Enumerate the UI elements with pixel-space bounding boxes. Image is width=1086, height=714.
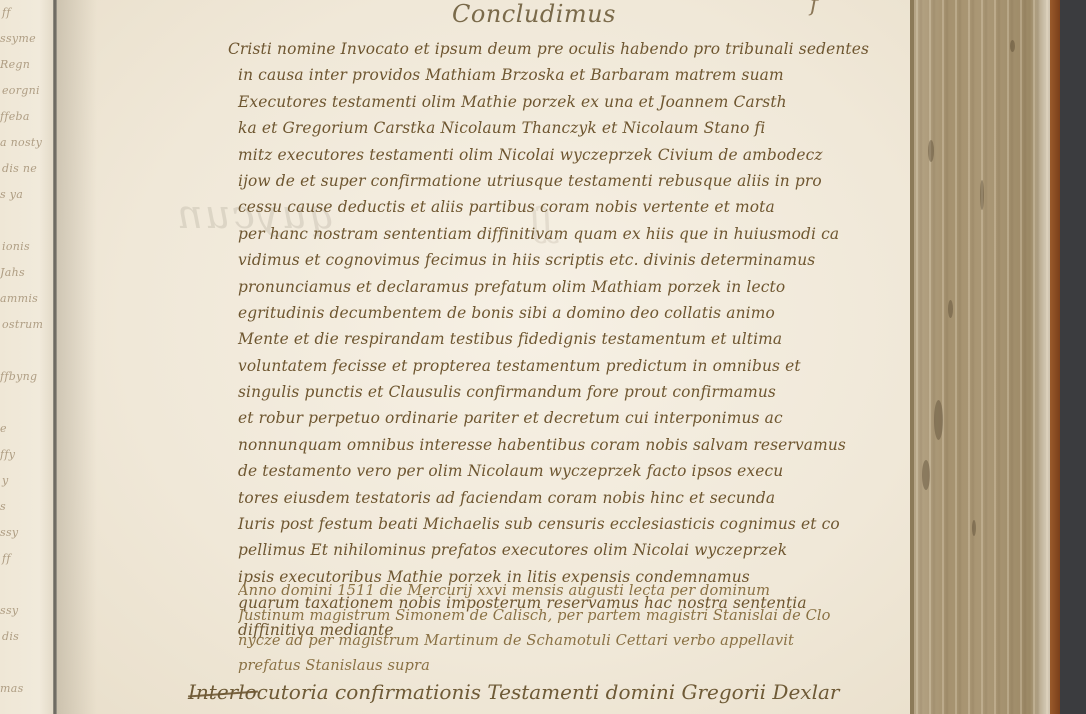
manuscript-line: Mente et die respirandam testibus fidedi… [228, 326, 888, 352]
note-line: nycze ad per magistrum Martinum de Scham… [238, 628, 898, 653]
manuscript-line: egritudinis decumbentem de bonis sibi a … [228, 300, 888, 326]
left-page-fragment: eorgni [2, 84, 56, 97]
manuscript-line: singulis punctis et Clausulis confirmand… [228, 379, 888, 405]
left-page-fragment: ssy [0, 604, 54, 617]
left-page-fragment: ammis [0, 292, 54, 305]
left-page-fragment: ff [2, 552, 56, 565]
left-page-fragment: ff [2, 6, 56, 19]
next-entry-heading: Interlocutoria confirmationis Testamenti… [188, 680, 839, 704]
page-edge-line [910, 0, 914, 714]
scan-backdrop [1060, 0, 1086, 714]
left-page-fragment: ffbyng [0, 370, 54, 383]
book-fore-edge [910, 0, 1060, 714]
manuscript-line: ijow de et super confirmatione utriusque… [228, 168, 888, 194]
left-page-fragment: ffeba [0, 110, 54, 123]
heading-flourish: f [810, 0, 818, 17]
manuscript-line: tores eiusdem testatoris ad faciendam co… [228, 485, 888, 511]
manuscript-line: in causa inter providos Mathiam Brzoska … [228, 62, 888, 88]
left-page-fragment: mas [0, 682, 54, 695]
main-text-block: Cristi nomine Invocato et ipsum deum pre… [228, 36, 888, 643]
manuscript-line: pellimus Et nihilominus prefatos executo… [228, 537, 888, 563]
left-page-fragment: a nosty [0, 136, 54, 149]
note-line: Anno domini 1511 die Mercurij xxvi mensi… [238, 578, 898, 603]
manuscript-line: Iuris post festum beati Michaelis sub ce… [228, 511, 888, 537]
manuscript-line: ka et Gregorium Carstka Nicolaum Thanczy… [228, 115, 888, 141]
left-page-fragment: Jahs [0, 266, 54, 279]
appeal-note-block: Anno domini 1511 die Mercurij xxvi mensi… [238, 578, 898, 678]
left-page-fragment: s [0, 500, 54, 513]
manuscript-line: nonnunquam omnibus interesse habentibus … [228, 432, 888, 458]
left-page-fragment: ffy [0, 448, 54, 461]
left-page-fragment: ssy [0, 526, 54, 539]
left-page-fragment: dis ne [2, 162, 56, 175]
manuscript-line: de testamento vero per olim Nicolaum wyc… [228, 458, 888, 484]
left-page-fragment: e [0, 422, 54, 435]
manuscript-line: Cristi nomine Invocato et ipsum deum pre… [228, 36, 888, 62]
page-heading: Concludimus [452, 0, 616, 28]
left-page-fragment: s ya [0, 188, 54, 201]
manuscript-line: voluntatem fecisse et propterea testamen… [228, 353, 888, 379]
manuscript-line: vidimus et cognovimus fecimus in hiis sc… [228, 247, 888, 273]
gutter-shadow [57, 0, 97, 714]
manuscript-line: et robur perpetuo ordinarie pariter et d… [228, 405, 888, 431]
leather-binding [1050, 0, 1060, 714]
note-line: prefatus Stanislaus supra [238, 653, 898, 678]
left-page-fragment: ionis [2, 240, 56, 253]
note-line: Justinum magistrum Simonem de Calisch, p… [238, 603, 898, 628]
manuscript-line: pronunciamus et declaramus prefatum olim… [228, 274, 888, 300]
left-facing-page: ffssymeRegneorgniffebaa nostydis nes yai… [0, 0, 56, 714]
manuscript-line: mitz executores testamenti olim Nicolai … [228, 142, 888, 168]
left-page-fragment: y [2, 474, 56, 487]
left-page-fragment: Regn [0, 58, 54, 71]
manuscript-scan: ffssymeRegneorgniffebaa nostydis nes yai… [0, 0, 1086, 714]
manuscript-line: Executores testamenti olim Mathie porzek… [228, 89, 888, 115]
left-page-fragment: dis [2, 630, 56, 643]
left-page-fragment: ssyme [0, 32, 54, 45]
manuscript-line: cessu cause deductis et aliis partibus c… [228, 194, 888, 220]
left-page-fragment: ostrum [2, 318, 56, 331]
manuscript-line: per hanc nostram sententiam diffinitivam… [228, 221, 888, 247]
